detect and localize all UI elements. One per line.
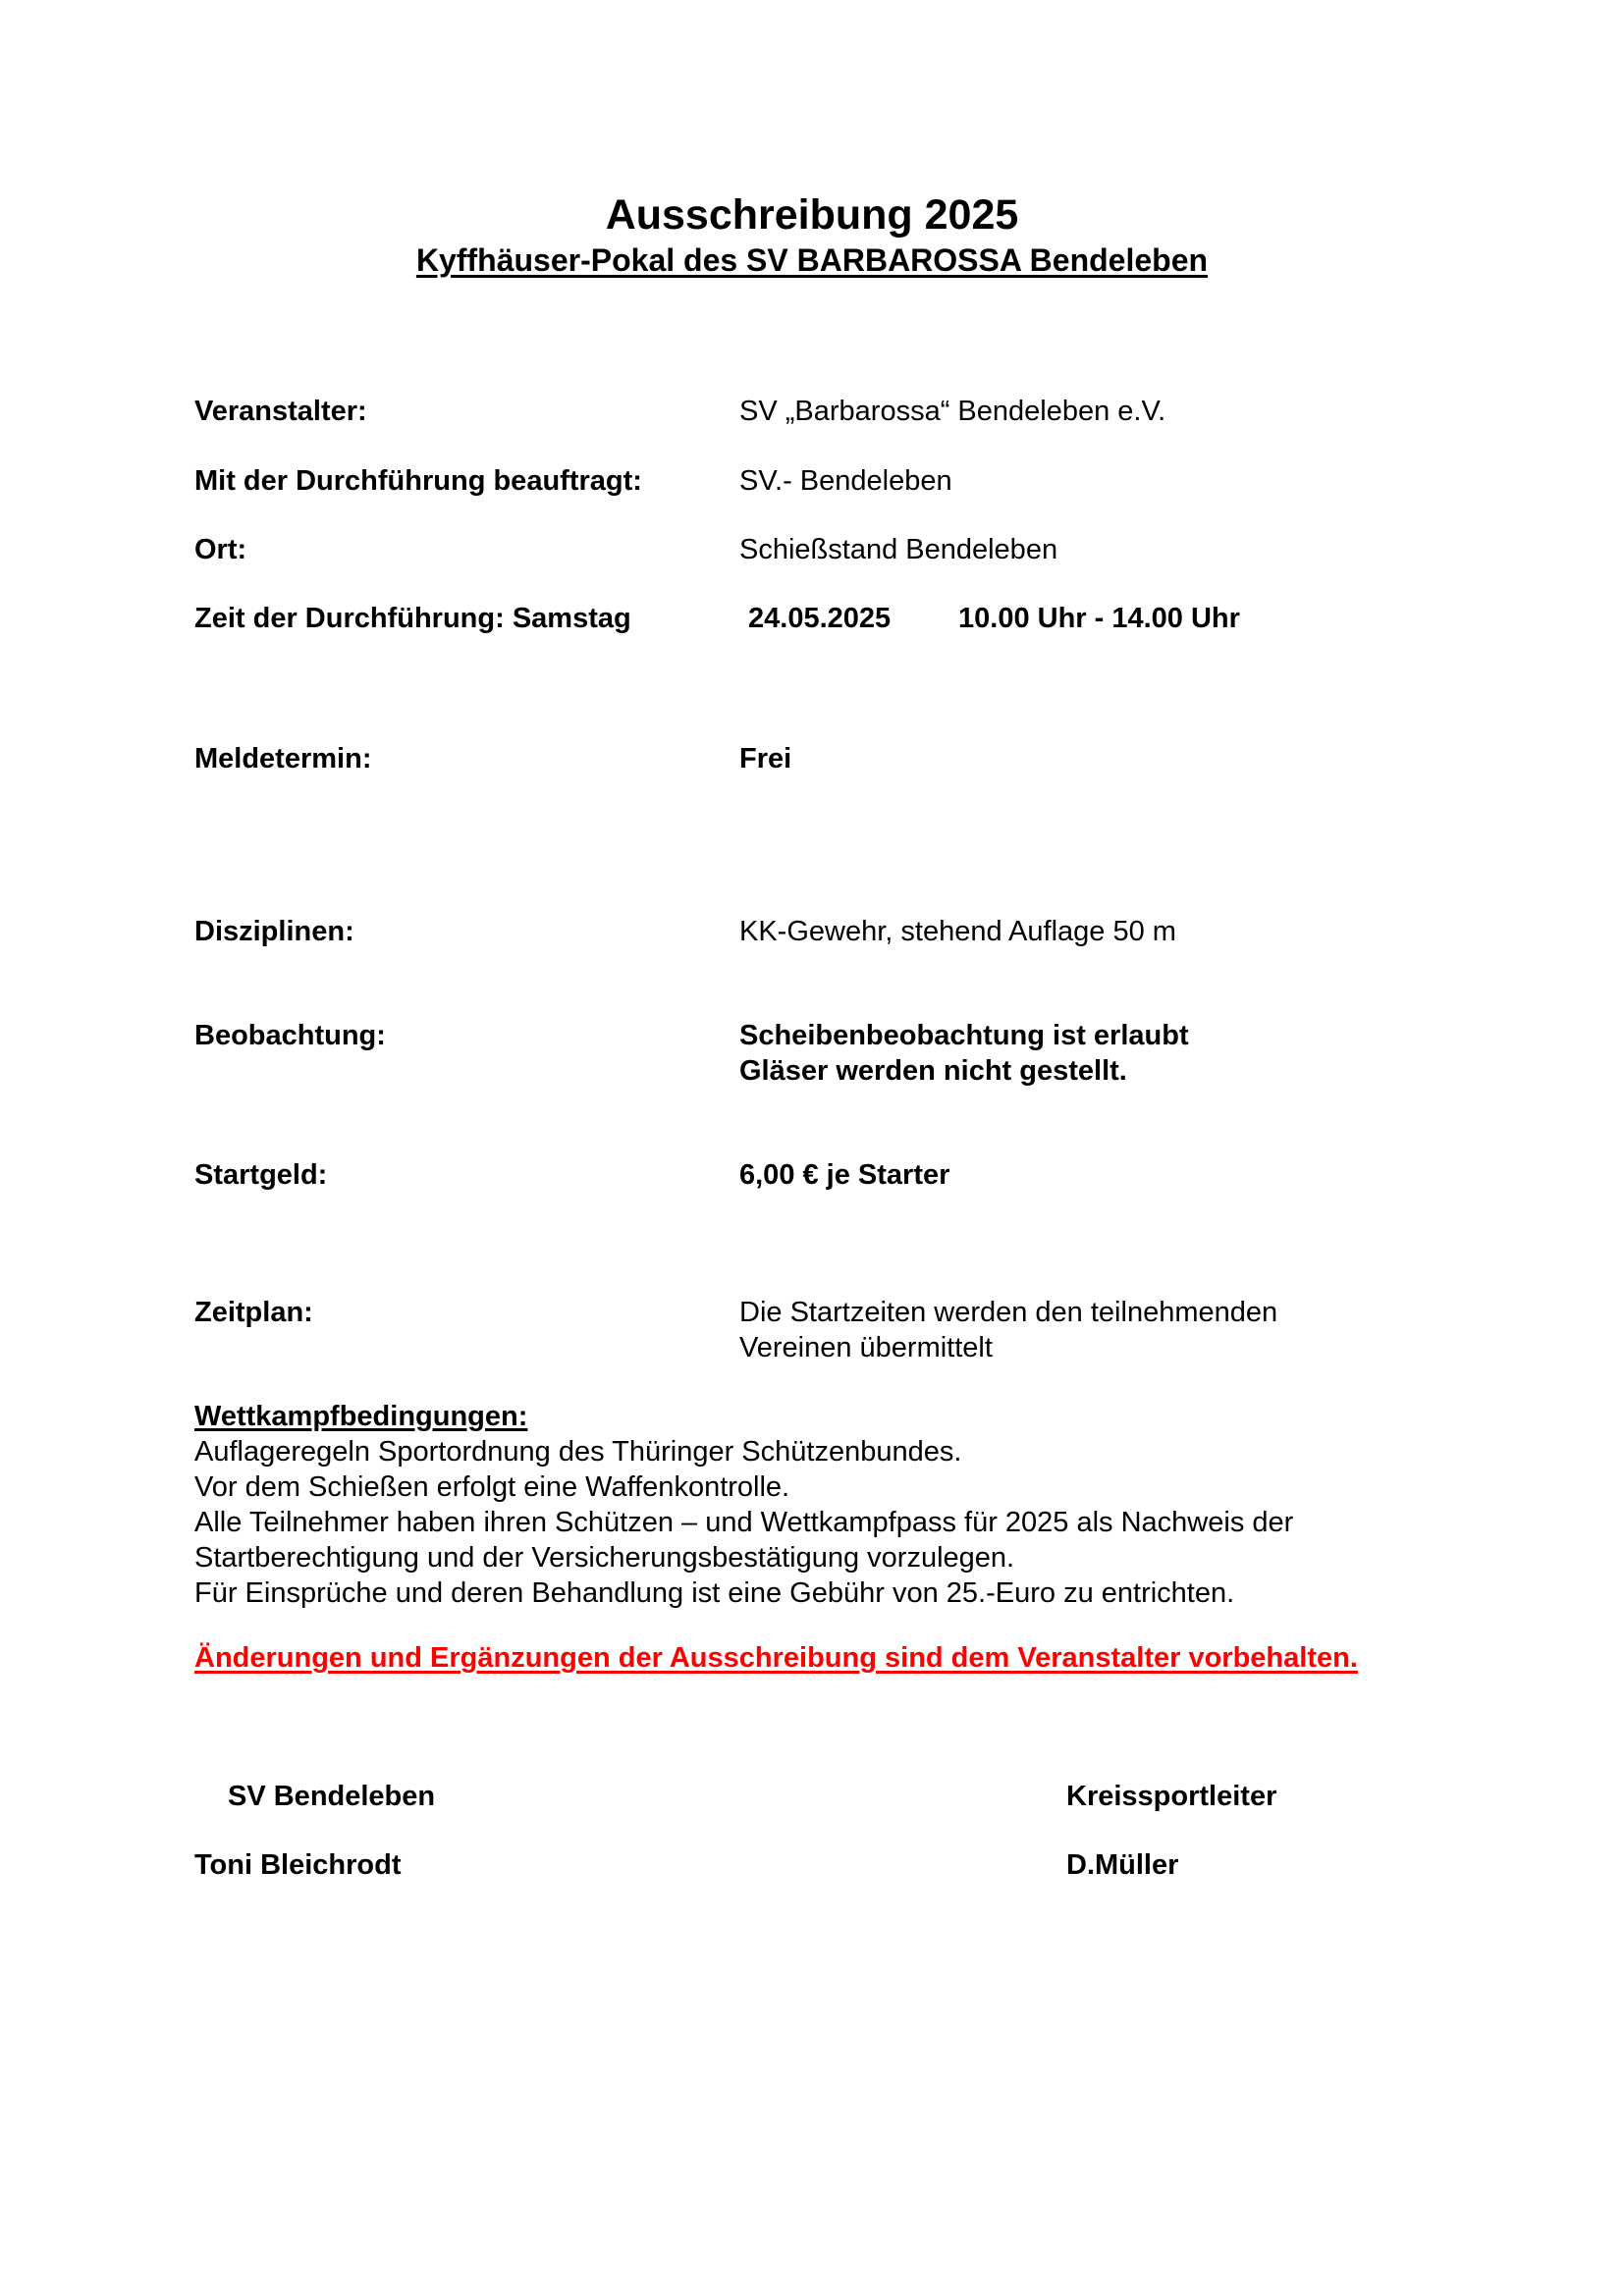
value-ort: Schießstand Bendeleben	[739, 532, 1057, 567]
conditions-line: Für Einsprüche und deren Behandlung ist …	[194, 1575, 1471, 1611]
value-zeitplan-line2: Vereinen übermittelt	[739, 1330, 993, 1365]
signature-right-name: D.Müller	[1066, 1847, 1178, 1883]
label-veranstalter: Veranstalter:	[194, 394, 367, 429]
conditions-heading: Wettkampfbedingungen:	[194, 1399, 527, 1434]
value-meldetermin: Frei	[739, 741, 791, 776]
conditions-line: Alle Teilnehmer haben ihren Schützen – u…	[194, 1505, 1471, 1540]
label-startgeld: Startgeld:	[194, 1157, 327, 1193]
value-veranstalter: SV „Barbarossa“ Bendeleben e.V.	[739, 394, 1165, 429]
label-durchfuehrung: Mit der Durchführung beauftragt:	[194, 463, 642, 499]
label-zeitplan: Zeitplan:	[194, 1295, 313, 1330]
value-beobachtung-line2: Gläser werden nicht gestellt.	[739, 1053, 1127, 1089]
signature-right-role: Kreissportleiter	[1066, 1779, 1276, 1814]
label-zeit: Zeit der Durchführung: Samstag	[194, 601, 631, 636]
conditions-body: Auflageregeln Sportordnung des Thüringer…	[194, 1434, 1471, 1611]
signature-left-org: SV Bendeleben	[228, 1779, 435, 1814]
value-zeit-time: 10.00 Uhr - 14.00 Uhr	[958, 601, 1240, 636]
label-meldetermin: Meldetermin:	[194, 741, 371, 776]
value-beobachtung-line1: Scheibenbeobachtung ist erlaubt	[739, 1018, 1189, 1053]
value-disziplinen: KK-Gewehr, stehend Auflage 50 m	[739, 914, 1176, 949]
conditions-line: Startberechtigung und der Versicherungsb…	[194, 1540, 1471, 1575]
conditions-line: Vor dem Schießen erfolgt eine Waffenkont…	[194, 1469, 1471, 1505]
value-zeitplan-line1: Die Startzeiten werden den teilnehmenden	[739, 1295, 1277, 1330]
label-beobachtung: Beobachtung:	[194, 1018, 386, 1053]
document-title: Ausschreibung 2025	[0, 192, 1624, 239]
changes-notice: Änderungen und Ergänzungen der Ausschrei…	[194, 1640, 1358, 1676]
value-startgeld: 6,00 € je Starter	[739, 1157, 949, 1193]
document-subtitle: Kyffhäuser-Pokal des SV BARBAROSSA Bende…	[0, 243, 1624, 278]
value-zeit-date: 24.05.2025	[748, 601, 891, 636]
signature-left-name: Toni Bleichrodt	[194, 1847, 402, 1883]
label-ort: Ort:	[194, 532, 246, 567]
label-disziplinen: Disziplinen:	[194, 914, 354, 949]
conditions-line: Auflageregeln Sportordnung des Thüringer…	[194, 1434, 1471, 1469]
value-durchfuehrung: SV.- Bendeleben	[739, 463, 952, 499]
